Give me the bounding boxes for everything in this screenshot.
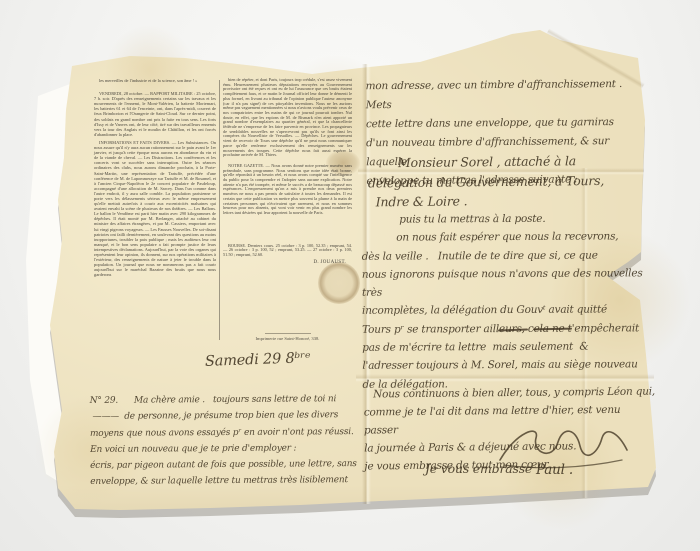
printed-rumeurs-paragraph: bien de répéter, et dont Paris, toujours…: [223, 78, 352, 158]
handwritten-page1-block: N° 29. Ma chère amie . toujours sans let…: [90, 391, 359, 491]
imprint-divider-rule: [265, 333, 311, 334]
notre-gazette-paragraph: NOTRE GAZETTE. — Nous avons donné notre …: [223, 164, 352, 216]
column-divider-rule: [219, 80, 220, 340]
printed-informations-paragraph: INFORMATIONS ET FAITS DIVERS. — Les Subs…: [94, 140, 216, 278]
closing-line: Je vous embrasse: [425, 461, 532, 476]
newspaper-column-left: les merveilles de l'industrie et de la s…: [94, 78, 216, 280]
photo-backdrop: les merveilles de l'industrie et de la s…: [0, 0, 700, 551]
newspaper-column-right: bien de répéter, et dont Paris, toujours…: [223, 78, 352, 266]
printed-military-report: VENDREDI, 28 octobre. — RAPPORT MILITAIR…: [94, 91, 216, 137]
ink-stain-ring: [318, 262, 360, 304]
printed-intro-line: les merveilles de l'industrie et de la s…: [94, 78, 216, 83]
imprint-line: Imprimerie rue Saint-Honoré, 338.: [223, 336, 352, 341]
handwritten-address-block: Monsieur Sorel , attaché à la délégation…: [368, 151, 639, 212]
printer-signature: D. JOUAUST.: [223, 261, 346, 266]
signature: Paul .: [536, 462, 573, 478]
bourse-paragraph: BOURSE. Derniers cours. 25 octobre : 3 p…: [223, 244, 352, 258]
handwritten-block-2: puis tu la mettras à la poste. on nous f…: [362, 209, 655, 393]
